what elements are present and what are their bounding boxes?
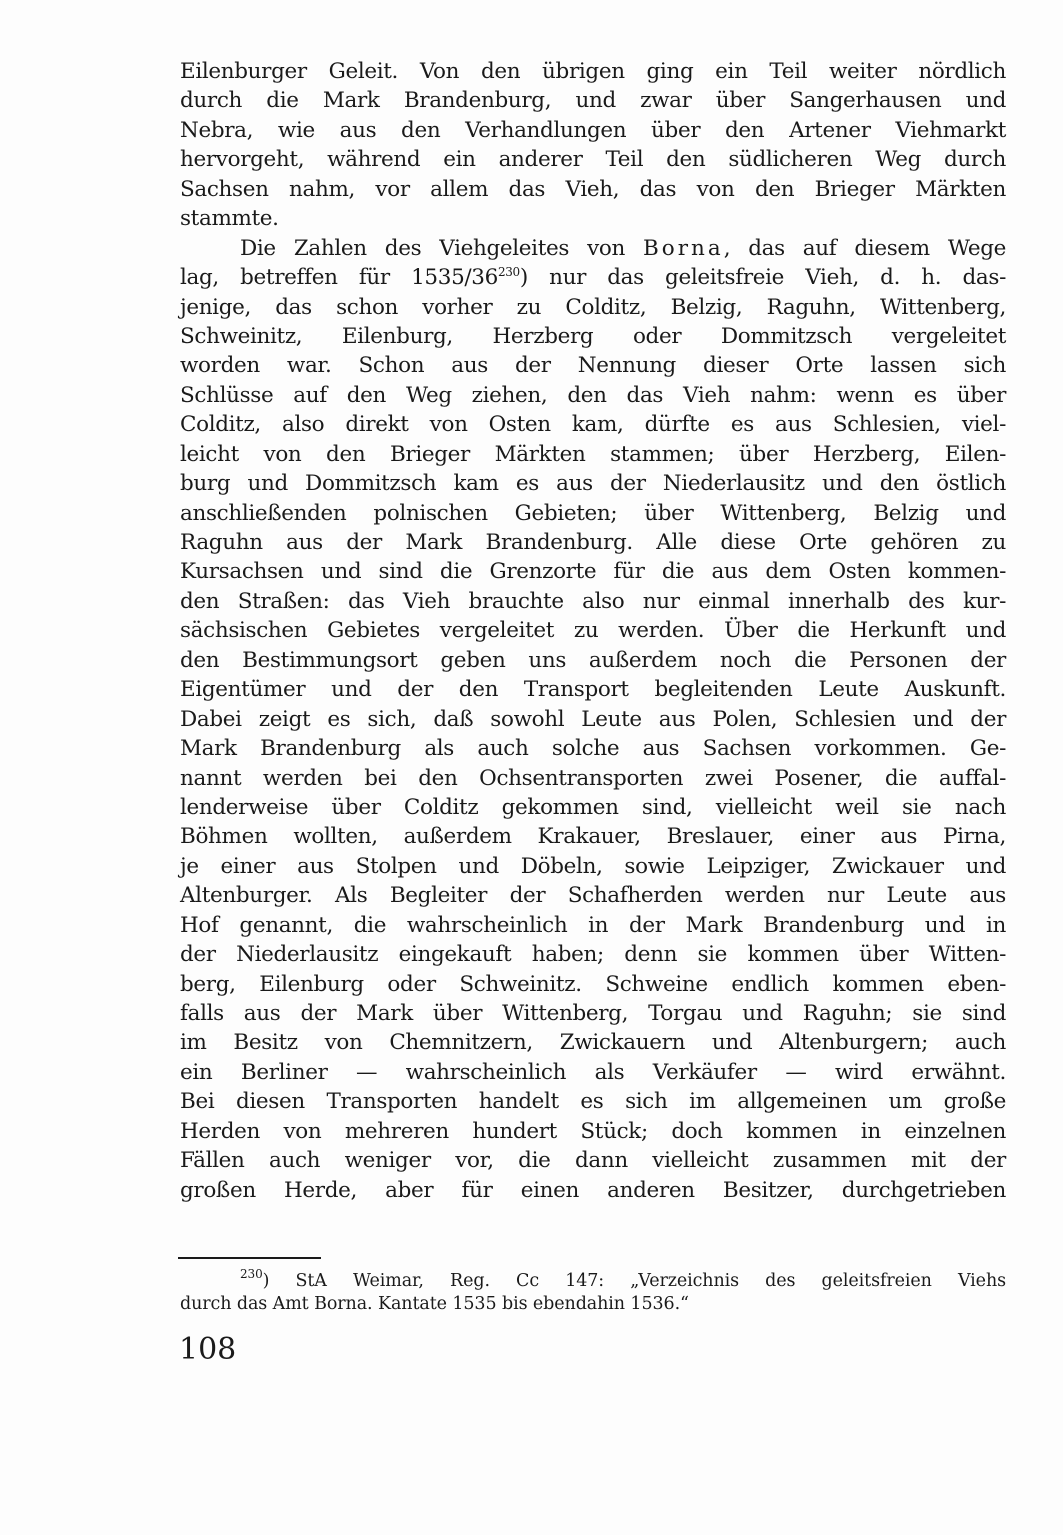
footnote: 230) StA Weimar, Reg. Cc 147: „Verzeichn… [180,1270,1006,1316]
emphasized-place-name: Borna [643,236,724,261]
book-page: Eilenburger Geleit. Von den übrigen ging… [0,0,1063,1535]
footnote-marker: 230 [240,1267,263,1281]
text-line: je einer aus Stolpen und Döbeln, sowie L… [180,852,1006,881]
text-line: nannt werden bei den Ochsentransporten z… [180,764,1006,793]
text-line: Sachsen nahm, vor allem das Vieh, das vo… [180,175,1006,204]
text-line: leicht von den Brieger Märkten stammen; … [180,440,1006,469]
body-text: Eilenburger Geleit. Von den übrigen ging… [180,57,1006,1205]
text-line: hervorgeht, während ein anderer Teil den… [180,145,1006,174]
text-line: den Straßen: das Vieh brauchte also nur … [180,587,1006,616]
text-segment: , das auf diesem Wege [724,236,1006,261]
text-line: anschließenden polnischen Gebieten; über… [180,499,1006,528]
text-line: Böhmen wollten, außerdem Krakauer, Bresl… [180,822,1006,851]
footnote-divider [178,1257,321,1259]
text-segment: lag, betreffen für 1535/36 [180,265,498,290]
text-line: Dabei zeigt es sich, daß sowohl Leute au… [180,705,1006,734]
page-number: 108 [179,1330,236,1370]
text-line: Fällen auch weniger vor, die dann vielle… [180,1146,1006,1175]
text-line: burg und Dommitzsch kam es aus der Niede… [180,469,1006,498]
text-line: jenige, das schon vorher zu Colditz, Bel… [180,293,1006,322]
text-line: Eilenburger Geleit. Von den übrigen ging… [180,57,1006,86]
text-line: Colditz, also direkt von Osten kam, dürf… [180,410,1006,439]
text-line: Herden von mehreren hundert Stück; doch … [180,1117,1006,1146]
text-line: den Bestimmungsort geben uns außerdem no… [180,646,1006,675]
text-line: Eigentümer und der den Transport begleit… [180,675,1006,704]
text-line: Raguhn aus der Mark Brandenburg. Alle di… [180,528,1006,557]
paragraph-start-line: Die Zahlen des Viehgeleites von Borna, d… [180,234,1006,263]
text-line: der Niederlausitz eingekauft haben; denn… [180,940,1006,969]
footnote-text: ) StA Weimar, Reg. Cc 147: „Verzeichnis … [263,1271,1006,1291]
text-line: Schweinitz, Eilenburg, Herzberg oder Dom… [180,322,1006,351]
text-line: Schlüsse auf den Weg ziehen, den das Vie… [180,381,1006,410]
text-line: falls aus der Mark über Wittenberg, Torg… [180,999,1006,1028]
text-line: berg, Eilenburg oder Schweinitz. Schwein… [180,970,1006,999]
text-segment: Die Zahlen des Viehgeleites von [240,236,643,261]
text-line: worden war. Schon aus der Nennung dieser… [180,351,1006,380]
text-line: großen Herde, aber für einen anderen Bes… [180,1176,1006,1205]
text-segment: ) nur das geleitsfreie Vieh, d. h. das- [520,265,1006,290]
text-line: lenderweise über Colditz gekommen sind, … [180,793,1006,822]
text-line: stammte. [180,204,1006,233]
footnote-line: 230) StA Weimar, Reg. Cc 147: „Verzeichn… [180,1270,1006,1293]
text-line: Mark Brandenburg als auch solche aus Sac… [180,734,1006,763]
text-line: Hof genannt, die wahrscheinlich in der M… [180,911,1006,940]
text-line: im Besitz von Chemnitzern, Zwickauern un… [180,1028,1006,1057]
text-line: Kursachsen und sind die Grenzorte für di… [180,557,1006,586]
footnote-reference: 230 [498,265,520,279]
text-line: ein Berliner — wahrscheinlich als Verkäu… [180,1058,1006,1087]
text-line: sächsischen Gebietes vergeleitet zu werd… [180,616,1006,645]
footnote-line: durch das Amt Borna. Kantate 1535 bis eb… [180,1293,1006,1316]
text-line: durch die Mark Brandenburg, und zwar übe… [180,86,1006,115]
text-line: Bei diesen Transporten handelt es sich i… [180,1087,1006,1116]
text-line: Altenburger. Als Begleiter der Schafherd… [180,881,1006,910]
text-line: Nebra, wie aus den Verhandlungen über de… [180,116,1006,145]
text-line-with-footnote-ref: lag, betreffen für 1535/36230) nur das g… [180,263,1006,292]
